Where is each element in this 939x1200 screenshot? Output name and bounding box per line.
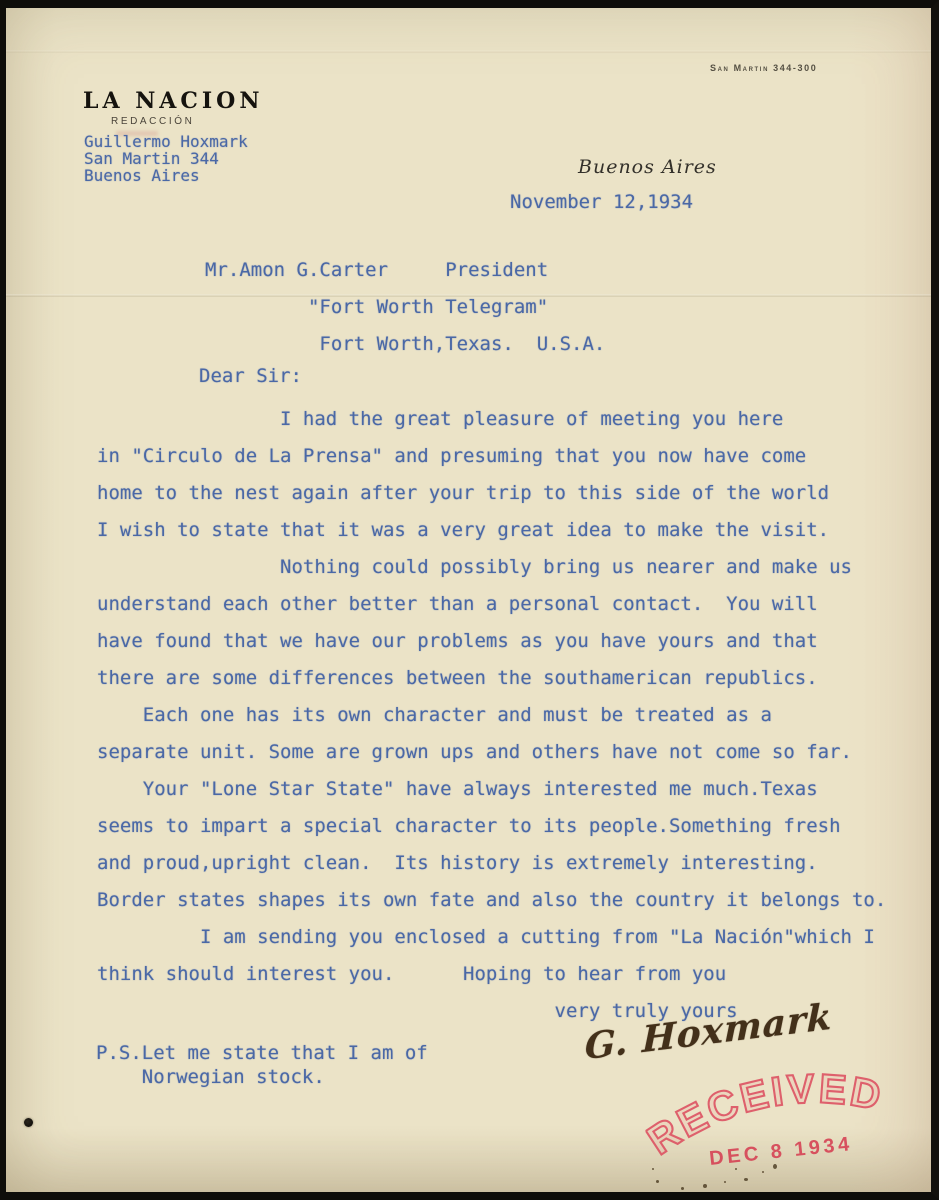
postscript: P.S.Let me state that I am of Norwegian …: [96, 1041, 428, 1089]
place-printed: Buenos Aires: [578, 156, 717, 178]
letterhead-address-print: San Martin 344-300: [710, 63, 817, 73]
masthead-la-nacion: LA NACION: [83, 88, 263, 114]
letter-paper: San Martin 344-300 LA NACION REDACCIÓN G…: [0, 0, 939, 1200]
sender-address-block: Guillermo Hoxmark San Martin 344 Buenos …: [84, 133, 248, 184]
stamp-date-text: DEC 8 1934: [708, 1133, 853, 1170]
letter-body: I had the great pleasure of meeting you …: [97, 401, 886, 1030]
scanned-letter-page: { "letterhead": { "print_ref": "San Mart…: [0, 0, 939, 1200]
fold-crease-top: [0, 50, 939, 53]
date-line: November 12,1934: [510, 191, 693, 213]
masthead-subtitle: REDACCIÓN: [111, 116, 194, 127]
recipient-address-block: Mr.Amon G.Carter President "Fort Worth T…: [205, 252, 605, 363]
punch-hole-mark: [24, 1118, 33, 1127]
salutation: Dear Sir:: [199, 358, 302, 395]
received-stamp: RECEIVED DEC 8 1934: [642, 1061, 918, 1180]
